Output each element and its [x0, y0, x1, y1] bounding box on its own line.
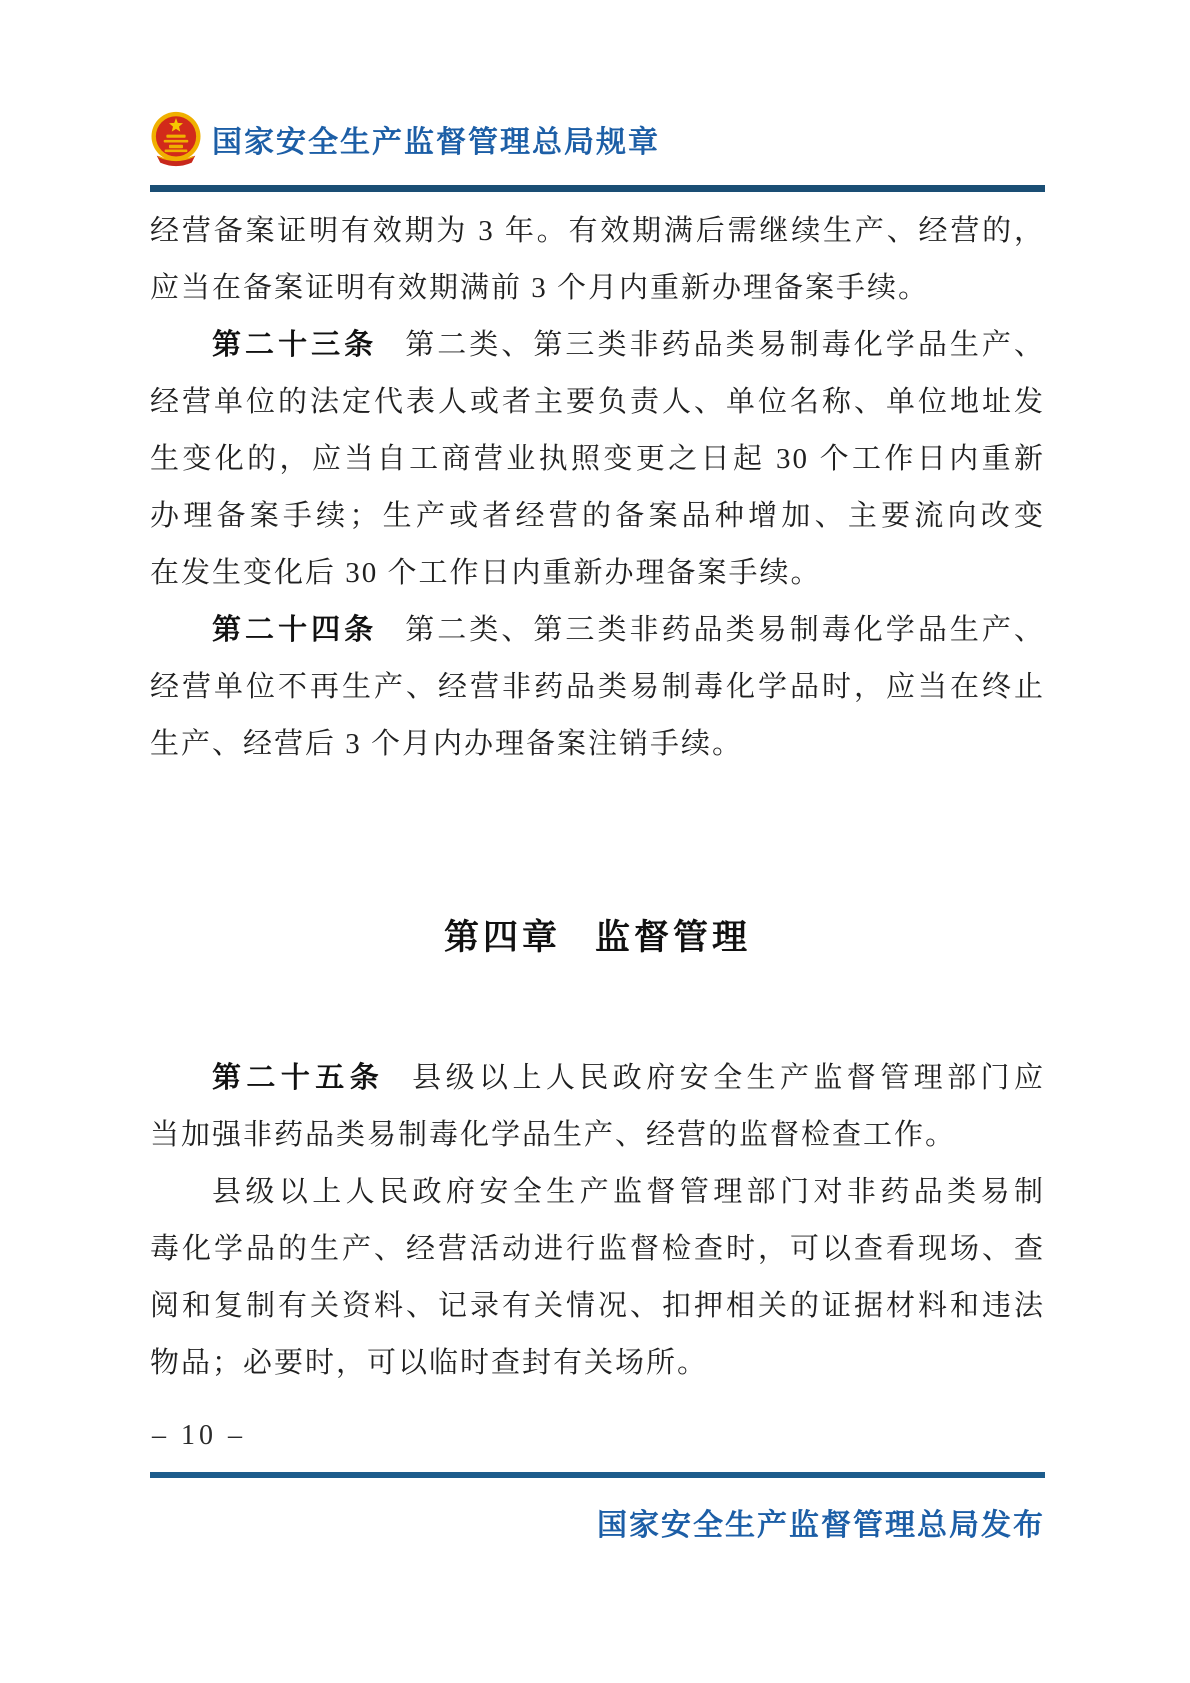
chapter-number: 第四章: [444, 918, 561, 957]
text-line: 物品；必要时，可以临时查封有关场所。: [150, 1335, 1045, 1392]
page-title: 国家安全生产监督管理总局规章: [212, 117, 660, 161]
text-line: 应当在备案证明有效期满前 3 个月内重新办理备案手续。: [150, 260, 1045, 317]
article-number: 第二十五条: [212, 1062, 384, 1094]
text-line: 第二十四条第二类、第三类非药品类易制毒化学品生产、: [150, 602, 1045, 659]
text-line: 县级以上人民政府安全生产监督管理部门对非药品类易制: [150, 1164, 1045, 1221]
chapter-title: 监督管理: [595, 918, 751, 957]
text-line: 经营单位的法定代表人或者主要负责人、单位名称、单位地址发: [150, 374, 1045, 431]
text-line: 生变化的，应当自工商营业执照变更之日起 30 个工作日内重新: [150, 431, 1045, 488]
text-line: 生产、经营后 3 个月内办理备案注销手续。: [150, 716, 1045, 773]
page-header: 国家安全生产监督管理总局规章: [148, 110, 1045, 168]
article-number: 第二十三条: [212, 329, 377, 361]
article-text-after-chapter: 第二十五条县级以上人民政府安全生产监督管理部门应当加强非药品类易制毒化学品生产、…: [150, 1050, 1045, 1392]
national-emblem-icon: [148, 110, 204, 168]
text-line: 经营单位不再生产、经营非药品类易制毒化学品时，应当在终止: [150, 659, 1045, 716]
text-line: 毒化学品的生产、经营活动进行监督检查时，可以查看现场、查: [150, 1221, 1045, 1278]
footer-divider: [150, 1472, 1045, 1478]
text-line: 当加强非药品类易制毒化学品生产、经营的监督检查工作。: [150, 1107, 1045, 1164]
chapter-heading: 第四章监督管理: [150, 910, 1045, 960]
document-page: 国家安全生产监督管理总局规章 经营备案证明有效期为 3 年。有效期满后需继续生产…: [0, 0, 1190, 1683]
text-line: 经营备案证明有效期为 3 年。有效期满后需继续生产、经营的，: [150, 203, 1045, 260]
text-line: 第二十三条第二类、第三类非药品类易制毒化学品生产、: [150, 317, 1045, 374]
header-divider: [150, 185, 1045, 192]
text-line: 阅和复制有关资料、记录有关情况、扣押相关的证据材料和违法: [150, 1278, 1045, 1335]
text-line: 在发生变化后 30 个工作日内重新办理备案手续。: [150, 545, 1045, 602]
text-line: 第二十五条县级以上人民政府安全生产监督管理部门应: [150, 1050, 1045, 1107]
page-number: – 10 –: [152, 1420, 246, 1452]
article-text-before-chapter: 经营备案证明有效期为 3 年。有效期满后需继续生产、经营的，应当在备案证明有效期…: [150, 203, 1045, 773]
text-line: 办理备案手续；生产或者经营的备案品种增加、主要流向改变的，: [150, 488, 1045, 545]
article-number: 第二十四条: [212, 614, 377, 646]
publisher-label: 国家安全生产监督管理总局发布: [597, 1500, 1045, 1544]
